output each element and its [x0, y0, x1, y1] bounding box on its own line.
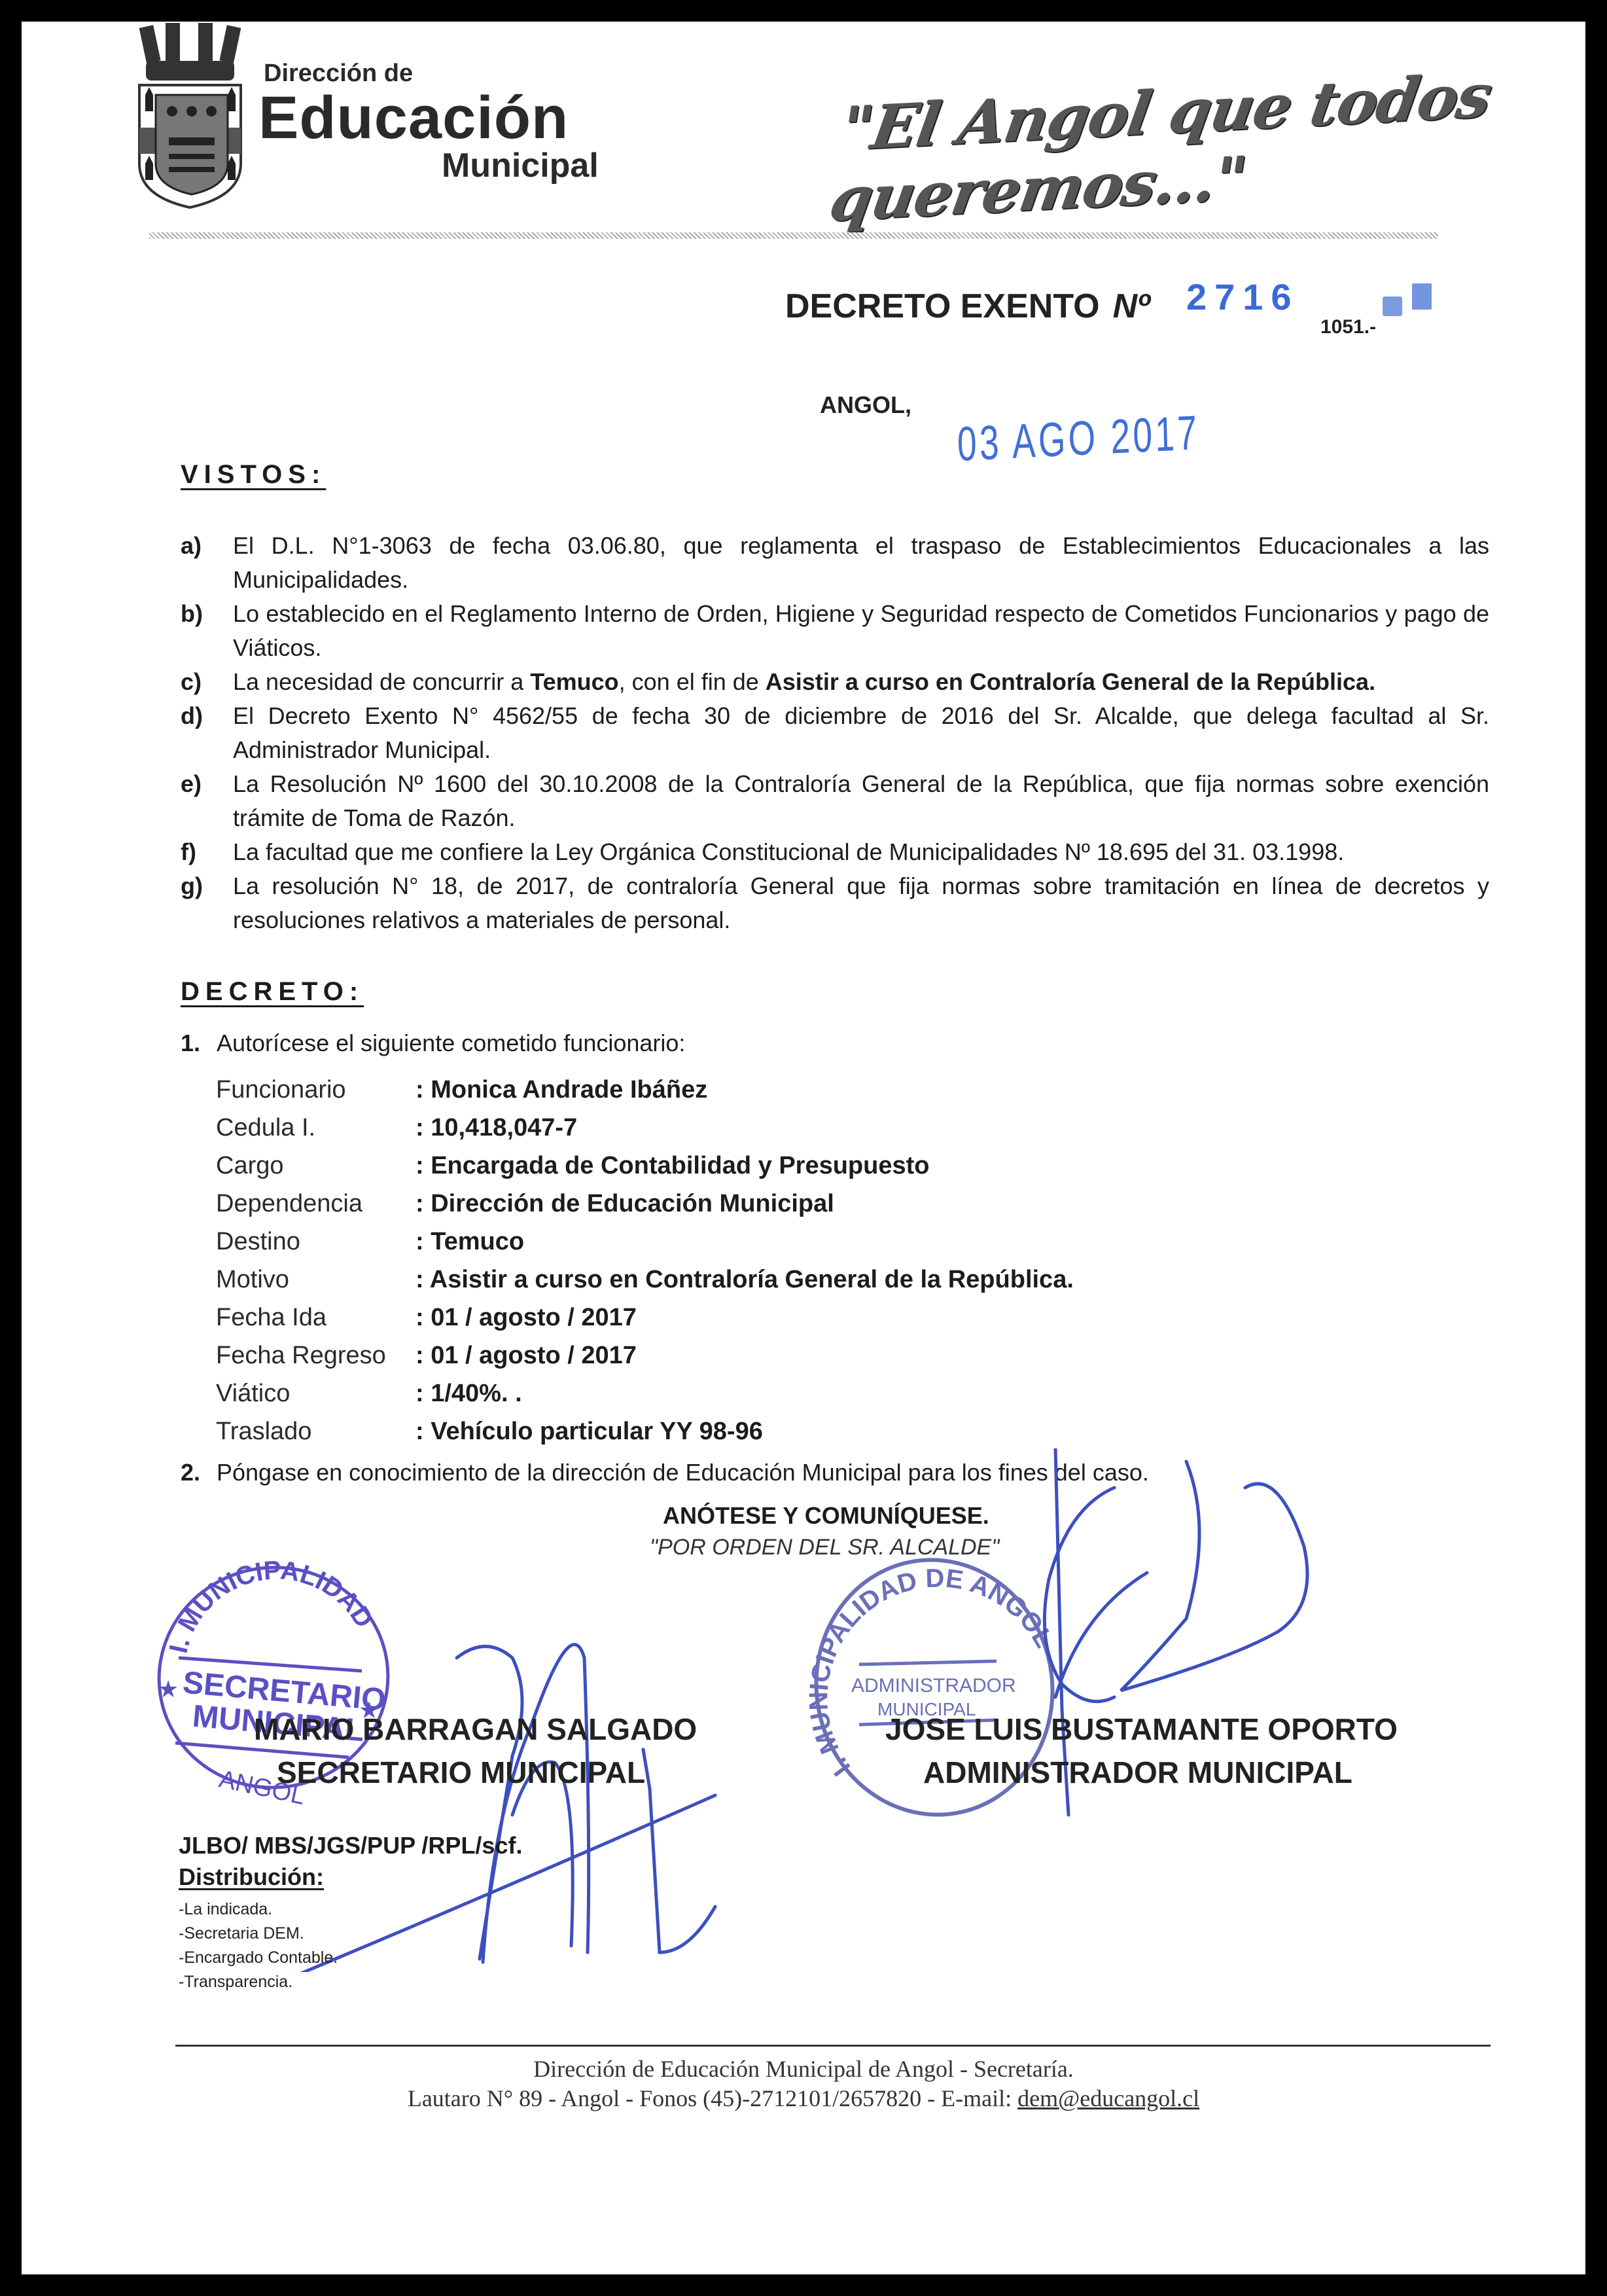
field-row: Viático: 1/40%. .: [216, 1374, 1074, 1412]
field-row: Destino: Temuco: [216, 1223, 1074, 1261]
item-text-mid: , con el fin de: [619, 668, 766, 695]
field-key: Motivo: [216, 1261, 415, 1299]
item-label: e): [181, 767, 233, 835]
footer-divider: [175, 2045, 1491, 2047]
item-text: El Decreto Exento N° 4562/55 de fecha 30…: [233, 699, 1489, 767]
field-row: Fecha Ida: 01 / agosto / 2017: [216, 1299, 1074, 1336]
footer-line-1: Dirección de Educación Municipal de Ango…: [22, 2055, 1585, 2083]
field-key: Fecha Regreso: [216, 1336, 415, 1374]
field-row: Fecha Regreso: 01 / agosto / 2017: [216, 1336, 1074, 1374]
field-row: Motivo: Asistir a curso en Contraloría G…: [216, 1261, 1074, 1299]
footer-email-link[interactable]: dem@educangol.cl: [1017, 2085, 1199, 2111]
vistos-item: c)La necesidad de concurrir a Temuco, co…: [181, 665, 1489, 699]
field-key: Funcionario: [216, 1071, 415, 1109]
item-label: b): [181, 597, 233, 665]
header-divider: [149, 232, 1438, 239]
item-number: 1.: [181, 1030, 217, 1057]
field-row: Cargo: Encargada de Contabilidad y Presu…: [216, 1147, 1074, 1185]
decreto-heading: DECRETO:: [181, 977, 364, 1007]
signatory-2-name: JOSE LUIS BUSTAMANTE OPORTO: [885, 1712, 1398, 1747]
org-name-line3: Municipal: [442, 146, 599, 185]
distribution-item: -La indicada.: [179, 1897, 338, 1922]
vistos-item: g)La resolución N° 18, de 2017, de contr…: [181, 869, 1489, 937]
number-symbol: Nº: [1113, 287, 1150, 325]
commission-fields: Funcionario: Monica Andrade Ibáñez Cedul…: [216, 1071, 1074, 1450]
svg-text:★: ★: [158, 1676, 179, 1702]
destination-bold: Temuco: [530, 668, 618, 695]
document-page: Dirección de Educación Municipal "El Ang…: [22, 22, 1585, 2274]
vistos-item: b)Lo establecido en el Reglamento Intern…: [181, 597, 1489, 665]
initials-line: JLBO/ MBS/JGS/PUP /RPL/scf.: [179, 1832, 522, 1859]
purpose-bold: Asistir a curso en Contraloría General d…: [766, 668, 1375, 695]
stamp-mark-icon: [1412, 283, 1432, 310]
item-number: 2.: [181, 1459, 217, 1486]
slogan: "El Angol que todos queremos...": [825, 54, 1585, 235]
field-row: Cedula I.: 10,418,047-7: [216, 1109, 1074, 1147]
item-label: g): [181, 869, 233, 937]
stamp-date: 03 AGO 2017: [957, 404, 1200, 472]
item-text: Autorícese el siguiente cometido funcion…: [217, 1030, 685, 1056]
municipal-crest-icon: [136, 23, 244, 209]
vistos-heading: VISTOS:: [181, 460, 326, 490]
field-row: Traslado: Vehículo particular YY 98-96: [216, 1412, 1074, 1450]
vistos-item: d)El Decreto Exento N° 4562/55 de fecha …: [181, 699, 1489, 767]
field-value: : 01 / agosto / 2017: [415, 1336, 637, 1374]
item-text: El D.L. N°1-3063 de fecha 03.06.80, que …: [233, 529, 1489, 597]
field-value: : Asistir a curso en Contraloría General…: [415, 1261, 1074, 1299]
field-value: : 10,418,047-7: [415, 1109, 577, 1147]
item-text: La necesidad de concurrir a Temuco, con …: [233, 665, 1489, 699]
field-value: : Dirección de Educación Municipal: [415, 1185, 834, 1223]
field-value: : 01 / agosto / 2017: [415, 1299, 637, 1336]
field-row: Dependencia: Dirección de Educación Muni…: [216, 1185, 1074, 1223]
vistos-item: f)La facultad que me confiere la Ley Org…: [181, 835, 1489, 869]
item-label: c): [181, 665, 233, 699]
distribution-item: -Encargado Contable.: [179, 1946, 338, 1970]
distribution-item: -Secretaria DEM.: [179, 1922, 338, 1946]
distribution-heading: Distribución:: [179, 1863, 324, 1891]
item-text-pre: La necesidad de concurrir a: [233, 668, 530, 695]
field-key: Fecha Ida: [216, 1299, 415, 1336]
stamp-number: 2716: [1186, 276, 1299, 318]
vistos-item: e)La Resolución Nº 1600 del 30.10.2008 d…: [181, 767, 1489, 835]
item-text: La resolución N° 18, de 2017, de contral…: [233, 869, 1489, 937]
handwritten-signatures-icon: [296, 1448, 1409, 1972]
signatory-1-role: SECRETARIO MUNICIPAL: [277, 1755, 645, 1790]
field-key: Viático: [216, 1374, 415, 1412]
field-value: : Temuco: [415, 1223, 524, 1261]
decreto-item-1: 1.Autorícese el siguiente cometido funci…: [181, 1030, 685, 1057]
vistos-list: a)El D.L. N°1-3063 de fecha 03.06.80, qu…: [181, 529, 1489, 937]
stamp-mark-icon: [1383, 296, 1402, 316]
item-text: La Resolución Nº 1600 del 30.10.2008 de …: [233, 767, 1489, 835]
city: ANGOL,: [820, 391, 911, 419]
decree-title: DECRETO EXENTONº: [785, 287, 1150, 326]
field-key: Cargo: [216, 1147, 415, 1185]
signatory-1-name: MARIO BARRAGAN SALGADO: [254, 1712, 697, 1747]
org-name-line2: Educación: [258, 84, 569, 152]
field-value: : 1/40%. .: [415, 1374, 522, 1412]
field-key: Traslado: [216, 1412, 415, 1450]
field-key: Cedula I.: [216, 1109, 415, 1147]
field-value: : Encargada de Contabilidad y Presupuest…: [415, 1147, 930, 1185]
item-label: f): [181, 835, 233, 869]
signatory-2-role: ADMINISTRADOR MUNICIPAL: [923, 1755, 1352, 1790]
field-row: Funcionario: Monica Andrade Ibáñez: [216, 1071, 1074, 1109]
distribution-item: -Transparencia.: [179, 1970, 338, 1994]
field-key: Destino: [216, 1223, 415, 1261]
footer-line-2: Lautaro N° 89 - Angol - Fonos (45)-27121…: [22, 2085, 1585, 2112]
field-value: : Monica Andrade Ibáñez: [415, 1071, 707, 1109]
distribution-list: -La indicada. -Secretaria DEM. -Encargad…: [179, 1897, 338, 1994]
vistos-item: a)El D.L. N°1-3063 de fecha 03.06.80, qu…: [181, 529, 1489, 597]
footer-address: Lautaro N° 89 - Angol - Fonos (45)-27121…: [408, 2085, 1017, 2111]
item-text: Lo establecido en el Reglamento Interno …: [233, 597, 1489, 665]
item-text: La facultad que me confiere la Ley Orgán…: [233, 835, 1489, 869]
field-key: Dependencia: [216, 1185, 415, 1223]
item-label: a): [181, 529, 233, 597]
typed-number: 1051.-: [1320, 316, 1376, 338]
decree-title-text: DECRETO EXENTO: [785, 287, 1100, 325]
field-value: : Vehículo particular YY 98-96: [415, 1412, 763, 1450]
item-label: d): [181, 699, 233, 767]
